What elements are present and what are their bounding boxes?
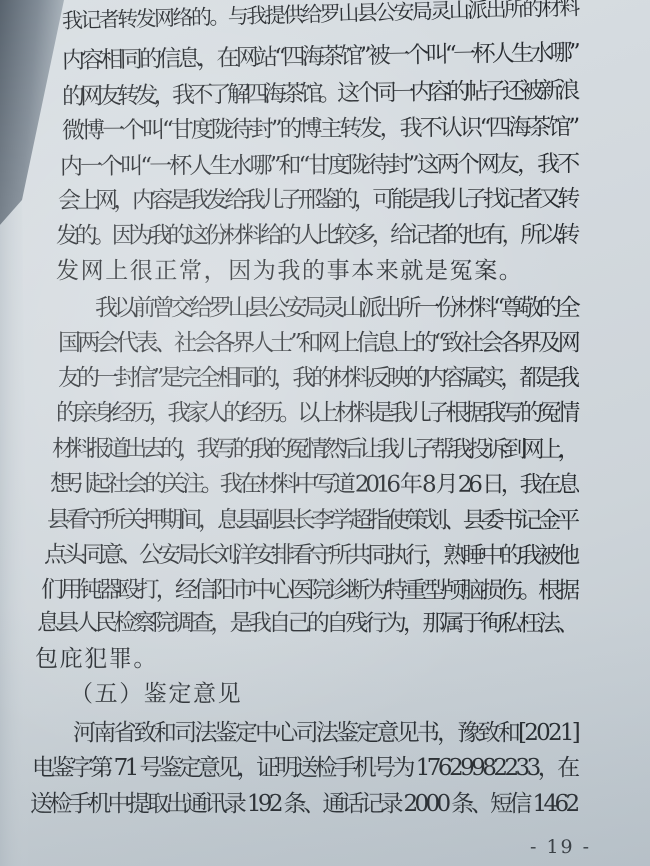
text-line: 息县人民检察院调查，是我自己的自残行为，那属于徇私枉法、 xyxy=(37,610,577,637)
text-line: 会上网，内容是我发给我儿子邢鉴的，可能是我儿子找记者又转 xyxy=(58,186,576,214)
text-line: 电鉴字第 71 号鉴定意见，证明送检手机号为 17629982233，在 xyxy=(32,755,577,781)
text-line: 的网友转发，我不了解四海茶馆。这个同一内容的帖子还被新浪 xyxy=(62,78,576,110)
text-line: 们用钝器殴打，经信阳市中心医院诊断为特重型颅脑损伤。根据 xyxy=(41,577,576,604)
text-line: 发的。因为我的这份材料给的人比较多，给记者的也有，所以转 xyxy=(56,222,576,249)
text-line: 内容相同的信息，在网站“四海茶馆”被一个叫“一杯人生水哪” xyxy=(62,40,578,74)
text-line: 材料报道出去的，我写的我的冤情然后让我儿子帮我投诉到网上， xyxy=(52,436,576,463)
document-page: 我记者转发网络的。与我提供给罗山县公安局灵山派出所的材料内容相同的信息，在网站“… xyxy=(0,0,650,866)
text-line: 发网上很正常，因为我的事本来就是冤案。 xyxy=(56,258,523,284)
text-line: 县看守所关押期间，息县副县长李学超指使策划、县委书记金平 xyxy=(47,507,576,534)
text-line: 河南省致和司法鉴定中心司法鉴定意见书，豫致和[2021] xyxy=(73,720,578,746)
text-line: 我以前曾交给罗山县公安局灵山派出所一份材料“尊敬的全 xyxy=(95,295,577,321)
text-line: 友的一封信”是完全相同的，我的材料反映的内容属实，都是我 xyxy=(58,365,576,391)
text-line: 我记者转发网络的。与我提供给罗山县公安局灵山派出所的材料 xyxy=(62,0,578,34)
text-line: 内一个叫“一杯人生水哪”和“甘度陇待封”这两个网友，我不 xyxy=(60,151,577,180)
text-line: 点头同意、公安局长刘洋安排看守所共同执行，熟睡中的我被他 xyxy=(44,542,576,569)
text-line: （五）鉴定意见 xyxy=(70,681,242,707)
text-line: 想引起社会的关注。我在材料中写道 2016 年 8 月 26 日，我在息 xyxy=(50,471,576,498)
text-line: 国两会代表、社会各界人士”和网上信息上的“致社会各界及网 xyxy=(58,330,577,356)
text-line: 包庇犯罪。 xyxy=(35,646,158,672)
text-line: 微博一个叫“甘度陇待封”的博主转发，我不认识“四海茶馆” xyxy=(62,114,577,144)
page-number: - 19 - xyxy=(530,836,591,858)
text-line: 送检手机中提取出通讯录 192 条、通话记录 2000 条、短信 1462 xyxy=(30,791,577,817)
text-line: 的亲身经历，我家人的经历。以上材料是我儿子根据我写的冤情 xyxy=(56,400,576,426)
